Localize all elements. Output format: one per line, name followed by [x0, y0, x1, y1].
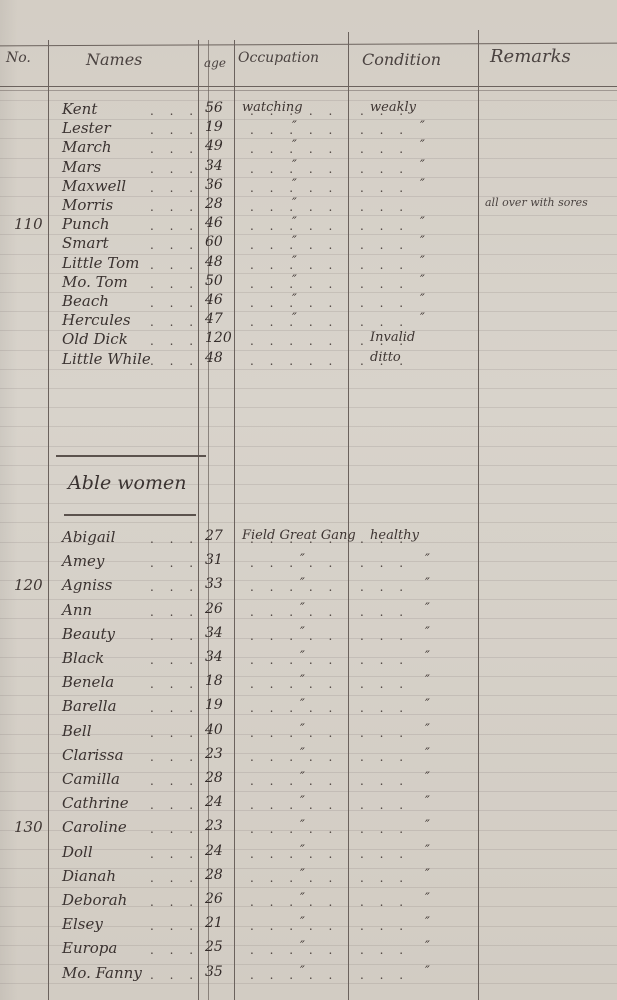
- leader-dots: . . .: [360, 871, 409, 885]
- person-name: Mars: [62, 158, 101, 176]
- leader-dots: . . . . .: [250, 104, 338, 118]
- table-row: Amey31″″. . .. . . . .. . .: [0, 552, 617, 571]
- leader-dots: . . .: [150, 774, 199, 788]
- person-name: Dianah: [62, 867, 116, 885]
- leader-dots: . . .: [360, 219, 409, 233]
- table-row: Beauty34″″. . .. . . . .. . .: [0, 625, 617, 644]
- table-row: Maxwell36″″. . .. . . . .. . .: [0, 177, 617, 196]
- leader-dots: . . .: [150, 605, 199, 619]
- person-name: Mo. Tom: [62, 273, 128, 291]
- person-name: Kent: [62, 100, 97, 118]
- leader-dots: . . . . .: [250, 219, 338, 233]
- leader-dots: . . .: [360, 238, 409, 252]
- table-row: Benela18″″. . .. . . . .. . .: [0, 673, 617, 692]
- age-value: 60: [205, 234, 233, 250]
- ruled-line: [0, 465, 617, 466]
- leader-dots: . . . . .: [250, 750, 338, 764]
- leader-dots: . . .: [360, 334, 409, 348]
- table-row: Elsey21″″. . .. . . . .. . .: [0, 915, 617, 934]
- leader-dots: . . .: [150, 556, 199, 570]
- section-divider-top: [56, 455, 206, 457]
- age-value: 24: [205, 843, 233, 859]
- leader-dots: . . . . .: [250, 895, 338, 909]
- header-bottom-rule: [0, 86, 617, 87]
- leader-dots: . . .: [360, 162, 409, 176]
- table-row: Camilla28″″. . .. . . . .. . .: [0, 770, 617, 789]
- age-value: 19: [205, 697, 233, 713]
- condition-value: ″: [420, 119, 425, 134]
- leader-dots: . . .: [360, 277, 409, 291]
- leader-dots: . . . . .: [250, 354, 338, 368]
- table-row: Clarissa23″″. . .. . . . .. . .: [0, 746, 617, 765]
- condition-value: ″: [425, 915, 430, 930]
- leader-dots: . . . . .: [250, 296, 338, 310]
- ruled-line: [0, 887, 617, 888]
- leader-dots: . . .: [360, 774, 409, 788]
- leader-dots: . . . . .: [250, 701, 338, 715]
- condition-value: ″: [425, 576, 430, 591]
- leader-dots: . . . . .: [250, 238, 338, 252]
- table-row: Black34″″. . .. . . . .. . .: [0, 649, 617, 668]
- leader-dots: . . .: [360, 354, 409, 368]
- table-row: 120Agniss33″″. . .. . . . .. . .: [0, 576, 617, 595]
- table-row: Ann26″″. . .. . . . .. . .: [0, 601, 617, 620]
- leader-dots: . . . . .: [250, 258, 338, 272]
- table-row: Hercules47″″. . .. . . . .. . .: [0, 311, 617, 330]
- person-name: Old Dick: [62, 330, 128, 348]
- age-value: 47: [205, 311, 233, 327]
- age-value: 46: [205, 292, 233, 308]
- age-value: 26: [205, 891, 233, 907]
- ruled-line: [0, 522, 617, 523]
- leader-dots: . . .: [150, 200, 199, 214]
- person-name: Beauty: [62, 625, 115, 643]
- condition-value: ″: [425, 552, 430, 567]
- leader-dots: . . . . .: [250, 798, 338, 812]
- leader-dots: . . . . .: [250, 580, 338, 594]
- condition-value: ″: [425, 891, 430, 906]
- person-name: Black: [62, 649, 104, 667]
- condition-value: ″: [420, 254, 425, 269]
- leader-dots: . . .: [360, 822, 409, 836]
- leader-dots: . . .: [360, 605, 409, 619]
- ruled-line: [0, 426, 617, 427]
- age-value: 27: [205, 528, 233, 544]
- condition-value: ″: [425, 625, 430, 640]
- age-value: 46: [205, 215, 233, 231]
- condition-value: ″: [425, 867, 430, 882]
- person-name: Bell: [62, 722, 92, 740]
- person-name: Deborah: [62, 891, 127, 909]
- age-value: 40: [205, 722, 233, 738]
- age-value: 23: [205, 818, 233, 834]
- leader-dots: . . .: [360, 315, 409, 329]
- leader-dots: . . . . .: [250, 847, 338, 861]
- leader-dots: . . . . .: [250, 200, 338, 214]
- person-name: Doll: [62, 843, 93, 861]
- header-occupation: Occupation: [238, 50, 319, 66]
- leader-dots: . . .: [150, 701, 199, 715]
- leader-dots: . . .: [360, 104, 409, 118]
- leader-dots: . . . . .: [250, 919, 338, 933]
- leader-dots: . . .: [150, 968, 199, 982]
- table-row: 130Caroline23″″. . .. . . . .. . .: [0, 818, 617, 837]
- leader-dots: . . . . .: [250, 162, 338, 176]
- condition-value: ″: [425, 770, 430, 785]
- leader-dots: . . .: [150, 181, 199, 195]
- leader-dots: . . . . .: [250, 315, 338, 329]
- person-name: Agniss: [62, 576, 112, 594]
- age-value: 18: [205, 673, 233, 689]
- condition-value: ″: [425, 673, 430, 688]
- leader-dots: . . .: [150, 919, 199, 933]
- table-row: Europa25″″. . .. . . . .. . .: [0, 939, 617, 958]
- header-condition: Condition: [362, 50, 441, 69]
- condition-value: ″: [425, 649, 430, 664]
- leader-dots: . . . . .: [250, 605, 338, 619]
- leader-dots: . . .: [360, 142, 409, 156]
- person-name: Camilla: [62, 770, 120, 788]
- table-row: March49″″. . .. . . . .. . .: [0, 138, 617, 157]
- ruled-line: [0, 791, 617, 792]
- leader-dots: . . .: [150, 238, 199, 252]
- section-title-able-women: Able women: [68, 472, 186, 494]
- ruled-line: [0, 446, 617, 447]
- leader-dots: . . .: [360, 750, 409, 764]
- leader-dots: . . . . .: [250, 677, 338, 691]
- leader-dots: . . .: [360, 943, 409, 957]
- person-name: Little While: [62, 350, 151, 368]
- table-row: Dianah28″″. . .. . . . .. . .: [0, 867, 617, 886]
- condition-value: ″: [425, 794, 430, 809]
- leader-dots: . . .: [150, 532, 199, 546]
- person-name: Morris: [62, 196, 113, 214]
- table-row: Little Tom48″″. . .. . . . .. . .: [0, 254, 617, 273]
- age-value: 48: [205, 254, 233, 270]
- person-name: Hercules: [62, 311, 131, 329]
- person-name: Lester: [62, 119, 111, 137]
- table-row: Abigail27Field Great Ganghealthy. . .. .…: [0, 528, 617, 547]
- age-value: 28: [205, 770, 233, 786]
- condition-value: ″: [420, 177, 425, 192]
- row-number: 110: [14, 215, 43, 233]
- person-name: Smart: [62, 234, 109, 252]
- leader-dots: . . .: [360, 123, 409, 137]
- leader-dots: . . . . .: [250, 123, 338, 137]
- leader-dots: . . .: [150, 277, 199, 291]
- leader-dots: . . .: [360, 629, 409, 643]
- table-row: Deborah26″″. . .. . . . .. . .: [0, 891, 617, 910]
- leader-dots: . . .: [150, 123, 199, 137]
- leader-dots: . . .: [360, 919, 409, 933]
- condition-value: ″: [425, 818, 430, 833]
- table-row: Mo. Fanny35″″. . .. . . . .. . .: [0, 964, 617, 983]
- leader-dots: . . .: [150, 334, 199, 348]
- table-row: Kent56watchingweakly. . .. . . . .. . .: [0, 100, 617, 119]
- condition-value: ″: [425, 939, 430, 954]
- leader-dots: . . .: [150, 354, 199, 368]
- leader-dots: . . .: [360, 580, 409, 594]
- person-name: Mo. Fanny: [62, 964, 142, 982]
- leader-dots: . . .: [150, 162, 199, 176]
- leader-dots: . . .: [150, 142, 199, 156]
- leader-dots: . . .: [150, 219, 199, 233]
- age-value: 28: [205, 196, 233, 212]
- leader-dots: . . . . .: [250, 277, 338, 291]
- leader-dots: . . . . .: [250, 968, 338, 982]
- row-number: 130: [14, 818, 43, 836]
- leader-dots: . . .: [360, 677, 409, 691]
- leader-dots: . . .: [150, 726, 199, 740]
- condition-value: ″: [420, 292, 425, 307]
- leader-dots: . . .: [150, 296, 199, 310]
- leader-dots: . . .: [150, 895, 199, 909]
- leader-dots: . . .: [150, 798, 199, 812]
- age-value: 26: [205, 601, 233, 617]
- leader-dots: . . .: [150, 822, 199, 836]
- table-row: 110Punch46″″. . .. . . . .. . .: [0, 215, 617, 234]
- person-name: Amey: [62, 552, 104, 570]
- condition-value: ″: [420, 311, 425, 326]
- header-remarks: Remarks: [490, 46, 571, 67]
- leader-dots: . . .: [360, 532, 409, 546]
- table-row: Old Dick120Invalid. . .. . . . .. . .: [0, 330, 617, 349]
- leader-dots: . . .: [150, 750, 199, 764]
- leader-dots: . . .: [150, 653, 199, 667]
- condition-value: ″: [420, 215, 425, 230]
- leader-dots: . . . . .: [250, 556, 338, 570]
- age-value: 48: [205, 350, 233, 366]
- table-row: Barella19″″. . .. . . . .. . .: [0, 697, 617, 716]
- leader-dots: . . .: [150, 943, 199, 957]
- age-value: 50: [205, 273, 233, 289]
- leader-dots: . . .: [360, 296, 409, 310]
- leader-dots: . . .: [360, 181, 409, 195]
- person-name: Maxwell: [62, 177, 126, 195]
- leader-dots: . . . . .: [250, 532, 338, 546]
- leader-dots: . . .: [360, 200, 409, 214]
- ruled-line: [0, 369, 617, 370]
- condition-value: ″: [425, 697, 430, 712]
- age-value: 36: [205, 177, 233, 193]
- person-name: Europa: [62, 939, 117, 957]
- condition-value: ″: [425, 746, 430, 761]
- age-value: 25: [205, 939, 233, 955]
- header-names: Names: [86, 50, 142, 69]
- leader-dots: . . .: [360, 556, 409, 570]
- leader-dots: . . . . .: [250, 629, 338, 643]
- age-value: 23: [205, 746, 233, 762]
- table-row: Cathrine24″″. . .. . . . .. . .: [0, 794, 617, 813]
- leader-dots: . . .: [360, 726, 409, 740]
- age-value: 56: [205, 100, 233, 116]
- age-value: 120: [205, 330, 233, 346]
- person-name: Benela: [62, 673, 114, 691]
- leader-dots: . . .: [150, 847, 199, 861]
- leader-dots: . . .: [150, 258, 199, 272]
- age-value: 34: [205, 649, 233, 665]
- age-value: 28: [205, 867, 233, 883]
- table-row: Doll24″″. . .. . . . .. . .: [0, 843, 617, 862]
- header-bottom-rule-2: [0, 90, 617, 91]
- person-name: Elsey: [62, 915, 103, 933]
- age-value: 21: [205, 915, 233, 931]
- leader-dots: . . . . .: [250, 871, 338, 885]
- leader-dots: . . . . .: [250, 774, 338, 788]
- leader-dots: . . . . .: [250, 181, 338, 195]
- leader-dots: . . . . .: [250, 726, 338, 740]
- remarks-value: all over with sores: [485, 196, 588, 209]
- leader-dots: . . .: [150, 629, 199, 643]
- leader-dots: . . . . .: [250, 142, 338, 156]
- age-value: 49: [205, 138, 233, 154]
- condition-value: ″: [420, 273, 425, 288]
- leader-dots: . . .: [150, 104, 199, 118]
- person-name: Cathrine: [62, 794, 129, 812]
- age-value: 33: [205, 576, 233, 592]
- header-age: age: [204, 56, 226, 70]
- leader-dots: . . .: [360, 847, 409, 861]
- condition-value: ″: [425, 843, 430, 858]
- person-name: Punch: [62, 215, 109, 233]
- table-row: Smart60″″. . .. . . . .. . .: [0, 234, 617, 253]
- age-value: 24: [205, 794, 233, 810]
- condition-value: ″: [425, 964, 430, 979]
- table-row: Little While48ditto. . .. . . . .. . .: [0, 350, 617, 369]
- person-name: March: [62, 138, 112, 156]
- ruled-line: [0, 503, 617, 504]
- leader-dots: . . .: [150, 580, 199, 594]
- leader-dots: . . .: [150, 677, 199, 691]
- leader-dots: . . .: [360, 895, 409, 909]
- ruled-line: [0, 388, 617, 389]
- leader-dots: . . . . .: [250, 822, 338, 836]
- leader-dots: . . . . .: [250, 653, 338, 667]
- table-row: Mo. Tom50″″. . .. . . . .. . .: [0, 273, 617, 292]
- person-name: Abigail: [62, 528, 115, 546]
- person-name: Clarissa: [62, 746, 124, 764]
- leader-dots: . . .: [150, 315, 199, 329]
- row-number: 120: [14, 576, 43, 594]
- age-value: 34: [205, 625, 233, 641]
- age-value: 19: [205, 119, 233, 135]
- header-no: No.: [6, 50, 31, 66]
- table-row: Beach46″″. . .. . . . .. . .: [0, 292, 617, 311]
- table-row: Mars34″″. . .. . . . .. . .: [0, 158, 617, 177]
- age-value: 35: [205, 964, 233, 980]
- condition-value: ″: [425, 722, 430, 737]
- person-name: Barella: [62, 697, 117, 715]
- leader-dots: . . . . .: [250, 334, 338, 348]
- section-divider-bottom: [64, 514, 196, 516]
- leader-dots: . . .: [360, 798, 409, 812]
- leader-dots: . . .: [150, 871, 199, 885]
- condition-value: ″: [420, 234, 425, 249]
- leader-dots: . . .: [360, 968, 409, 982]
- table-row: Lester19″″. . .. . . . .. . .: [0, 119, 617, 138]
- leader-dots: . . .: [360, 701, 409, 715]
- age-value: 34: [205, 158, 233, 174]
- leader-dots: . . .: [360, 258, 409, 272]
- person-name: Ann: [62, 601, 92, 619]
- person-name: Caroline: [62, 818, 127, 836]
- ruled-line: [0, 695, 617, 696]
- person-name: Beach: [62, 292, 109, 310]
- condition-value: ″: [425, 601, 430, 616]
- ledger-page: No. Names age Occupation Condition Remar…: [0, 0, 617, 1000]
- condition-value: ″: [420, 158, 425, 173]
- ruled-line: [0, 983, 617, 984]
- ruled-line: [0, 407, 617, 408]
- condition-value: ″: [420, 138, 425, 153]
- table-row: Bell40″″. . .. . . . .. . .: [0, 722, 617, 741]
- leader-dots: . . .: [360, 653, 409, 667]
- table-row: Morris28″all over with sores. . .. . . .…: [0, 196, 617, 215]
- person-name: Little Tom: [62, 254, 139, 272]
- age-value: 31: [205, 552, 233, 568]
- leader-dots: . . . . .: [250, 943, 338, 957]
